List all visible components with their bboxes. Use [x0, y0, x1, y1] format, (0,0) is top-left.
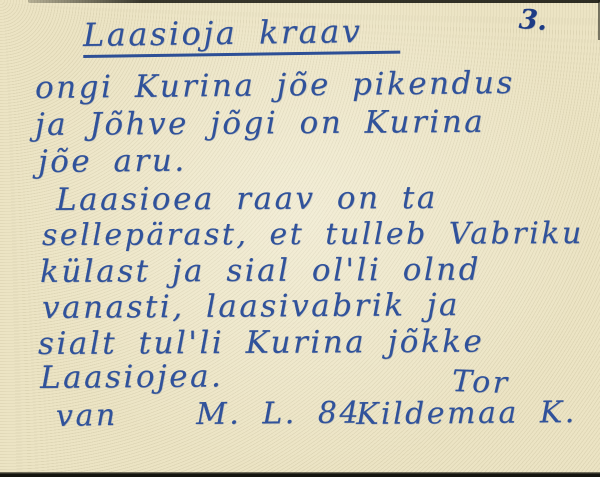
handwritten-line: vanasti, laasivabrik ja	[42, 287, 460, 326]
handwritten-line: ongi Kurina jõe pikendus	[35, 65, 515, 106]
card-title: Laasioja kraav	[83, 12, 401, 58]
footer-collector: van	[56, 398, 118, 434]
footer-reference: M. L. 84	[196, 396, 361, 432]
scan-edge-top	[28, 0, 600, 3]
handwritten-line: jõe aru.	[38, 143, 187, 180]
handwritten-line: külast ja sial ol'li olnd	[40, 252, 481, 290]
scanned-index-card: 3. Laasioja kraav ongi Kurina jõe pikend…	[0, 0, 600, 477]
handwritten-line: Laasioea raav on ta	[56, 180, 438, 218]
handwritten-line: sellepärast, et tulleb Vabriku	[42, 216, 584, 253]
page-number: 3.	[518, 4, 548, 37]
scan-edge-bottom	[0, 472, 600, 477]
handwritten-line: Laasiojea.	[40, 358, 224, 396]
handwritten-line: sialt tul'li Kurina jõkke	[38, 324, 484, 362]
footer-informant: Kildemaa K.	[356, 395, 577, 432]
handwritten-line: ja Jõhve jõgi on Kurina	[35, 104, 485, 143]
